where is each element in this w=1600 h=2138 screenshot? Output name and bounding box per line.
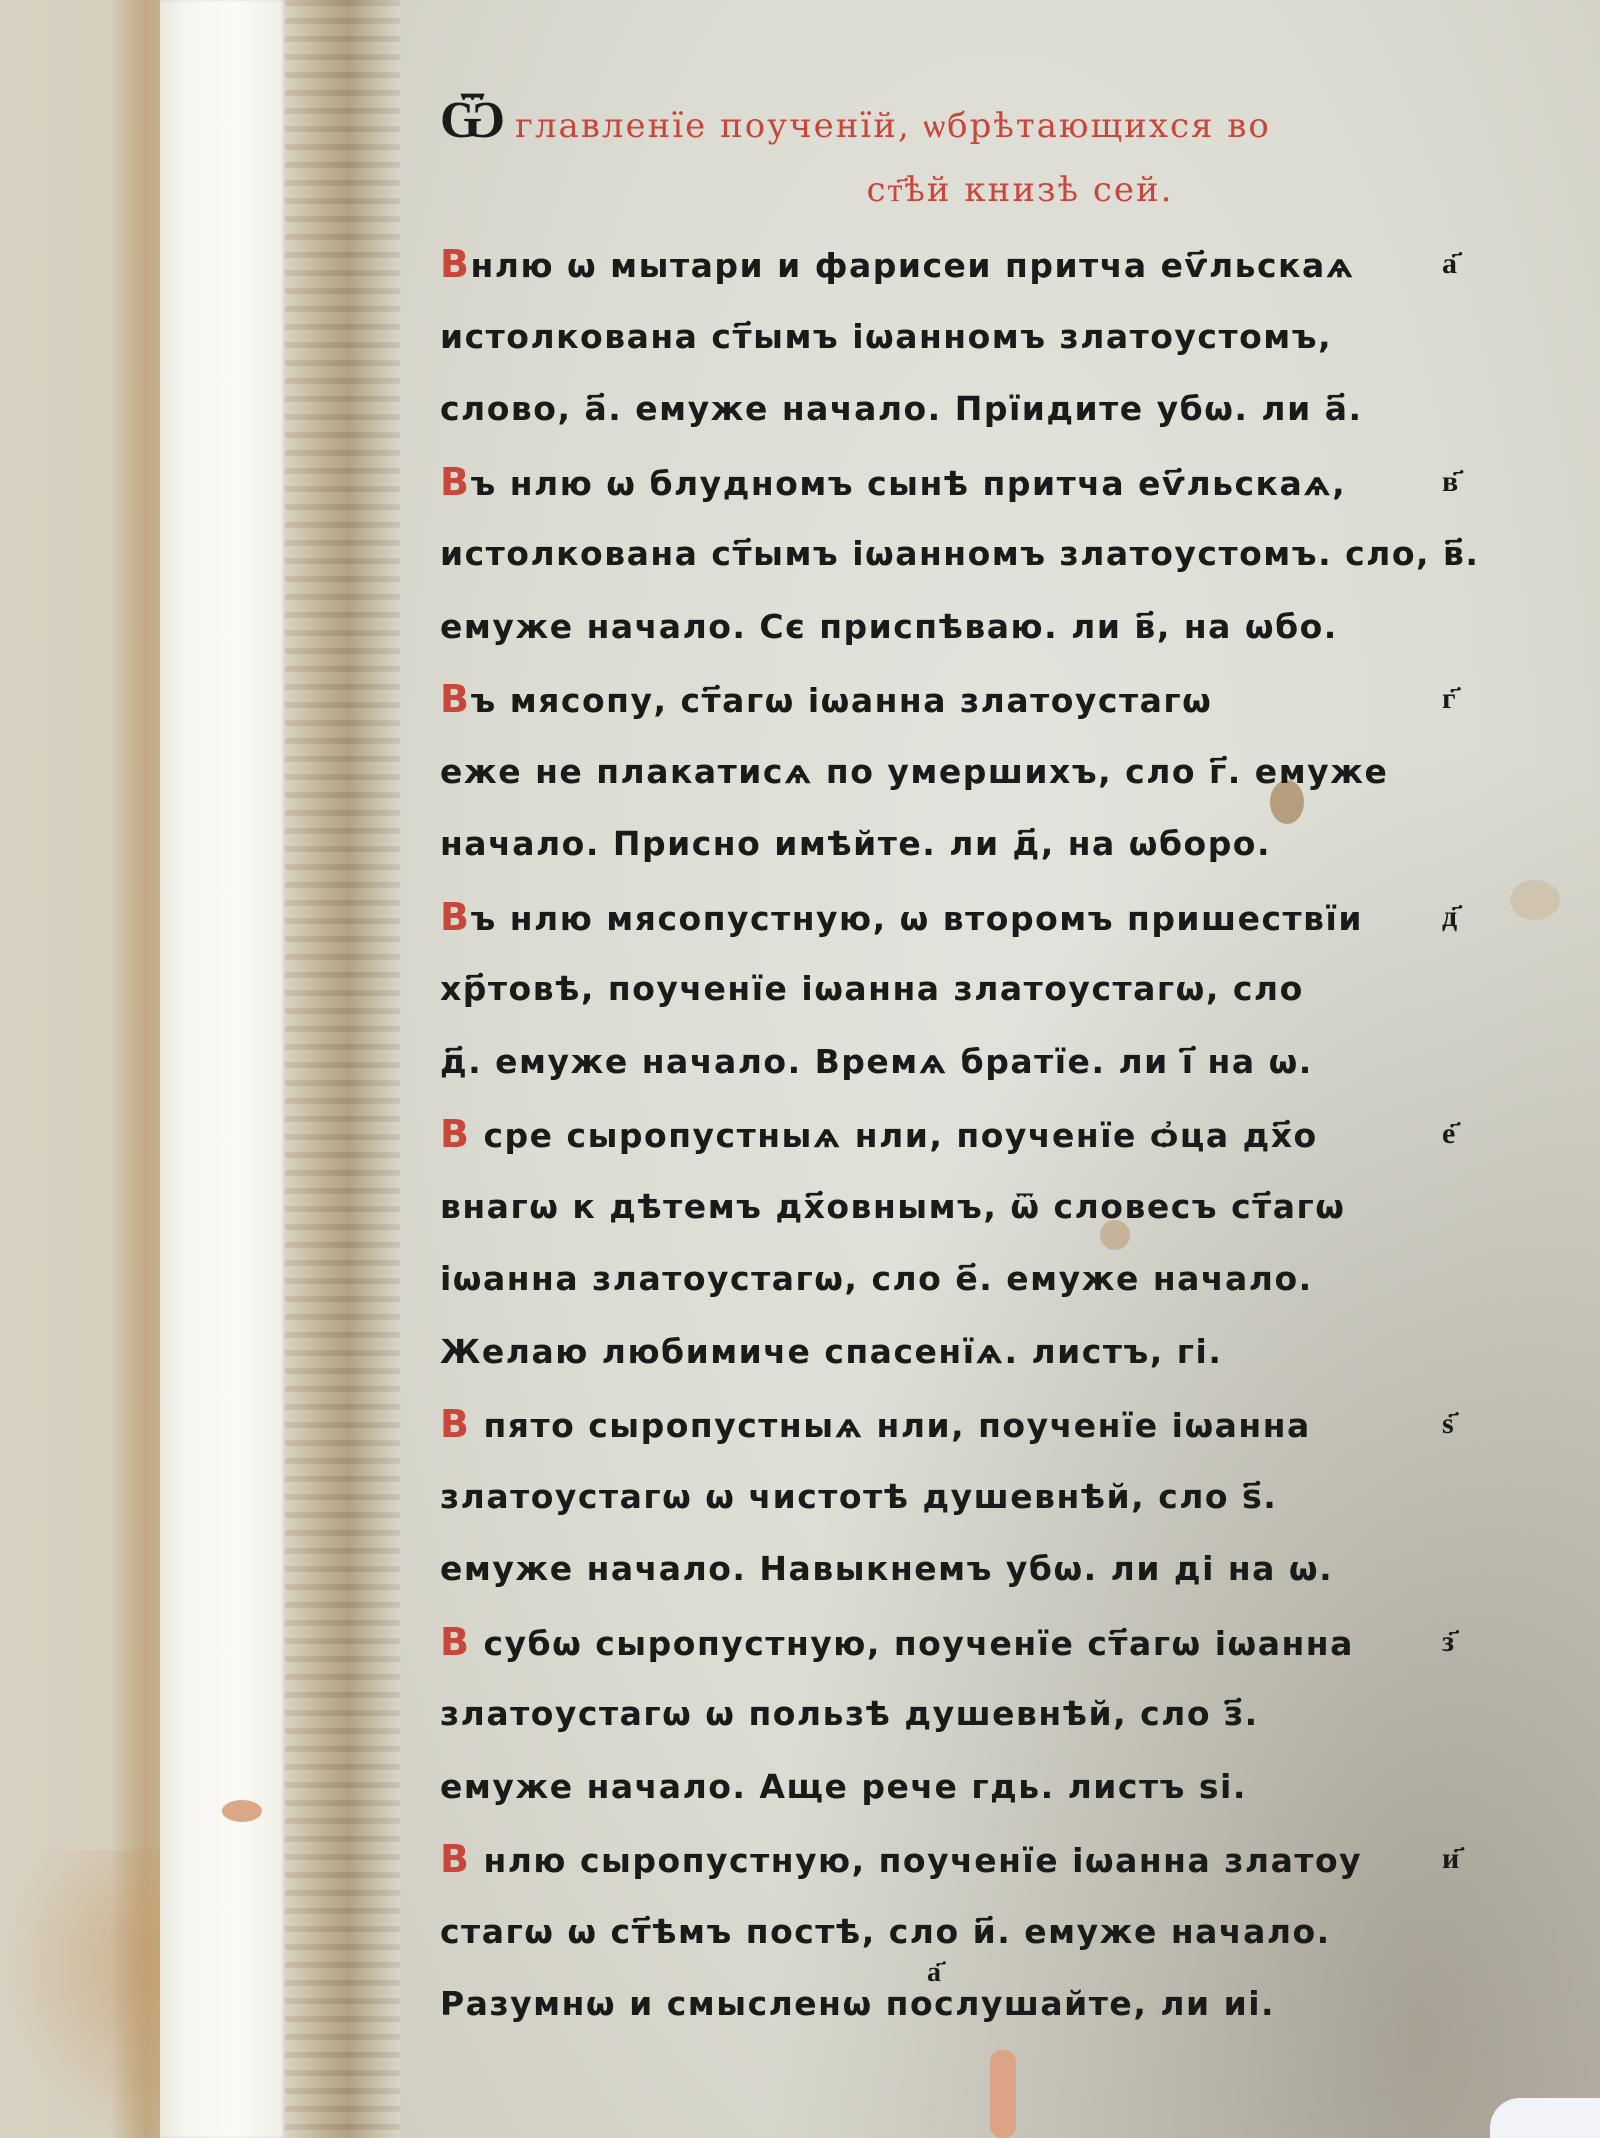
red-initial: В (440, 895, 470, 939)
repair-strip-stain (222, 1800, 262, 1822)
red-initial: В (440, 460, 470, 504)
margin-numeral: а҃ (1442, 228, 1459, 301)
margin-numeral: г҃ (1442, 663, 1457, 736)
red-initial: В (440, 677, 470, 721)
margin-numeral: з҃ (1442, 1606, 1456, 1679)
contents-entries: Внлю ѡ мытари и фарисеи притча еѵ҃льскаѧ… (440, 228, 1440, 2041)
text-line: истолкована ст҃ымъ іѡанномъ златоустомъ, (440, 301, 1440, 374)
margin-numeral: и҃ (1442, 1823, 1461, 1896)
text-line: истолкована ст҃ымъ іѡанномъ златоустомъ.… (440, 518, 1440, 591)
margin-numeral: в҃ (1442, 446, 1460, 519)
red-initial: В (440, 1837, 470, 1881)
red-initial: В (440, 1620, 470, 1664)
binding-gutter (285, 0, 400, 2138)
signature-mark: а҃ (927, 1955, 941, 1989)
margin-numeral: е҃ (1442, 1098, 1457, 1171)
text-line: хр҃товѣ, поученїе іѡанна златоустагѡ, сл… (440, 953, 1440, 1026)
text-line: емуже начало. Сє приспѣваю. ли в҃, на ѡб… (440, 591, 1440, 664)
heading-line-2: ст҃ѣй книзѣ сей. (440, 158, 1440, 222)
text-line: внагѡ к дѣтемъ дх҃овнымъ, ѿ словесъ ст҃а… (440, 1171, 1440, 1244)
text-line: д҃. емуже начало. Времѧ братїе. ли і҃ на… (440, 1026, 1440, 1099)
paper-repair-strip (160, 0, 285, 2138)
text-line: В пято сыропустныѧ нли, поученїе іѡаннаѕ… (440, 1388, 1440, 1461)
text-line: слово, а҃. емуже начало. Прїидите убѡ. л… (440, 373, 1440, 446)
margin-numeral: ѕ҃ (1442, 1388, 1455, 1461)
text-line: іѡанна златоустагѡ, сло е҃. емуже начало… (440, 1243, 1440, 1316)
text-line: златоустагѡ ѡ пользѣ душевнѣй, сло з҃. (440, 1678, 1440, 1751)
wax-stain (990, 2050, 1016, 2138)
text-line: Въ мясопу, ст҃агѡ іѡанна златоустагѡг҃ (440, 663, 1440, 736)
text-line: емуже начало. Аще рече гдь. листъ ѕі. (440, 1751, 1440, 1824)
text-line: емуже начало. Навыкнемъ убѡ. ли ді на ѡ. (440, 1533, 1440, 1606)
text-line: В субѡ сыропустную, поученїе ст҃агѡ іѡан… (440, 1606, 1440, 1679)
heading-line-1: главленїе поученїй, ѡбрѣтающихся во (515, 106, 1271, 146)
printed-page: Ѿглавленїе поученїй, ѡбрѣтающихся во ст҃… (400, 0, 1600, 2138)
text-line: Въ нлю мясопустную, ѡ второмъ пришествїи… (440, 881, 1440, 954)
heading-initial: Ѿ (440, 89, 507, 150)
foxing-spot (1510, 880, 1560, 920)
text-line: Въ нлю ѡ блудномъ сынѣ притча еѵ҃льскаѧ,… (440, 446, 1440, 519)
table-of-contents: Ѿглавленїе поученїй, ѡбрѣтающихся во ст҃… (440, 88, 1440, 2041)
page-heading: Ѿглавленїе поученїй, ѡбрѣтающихся во ст҃… (440, 88, 1440, 222)
text-line: В нлю сыропустную, поученїе іѡанна злато… (440, 1823, 1440, 1896)
text-line: златоустагѡ ѡ чистотѣ душевнѣй, сло ѕ҃. (440, 1461, 1440, 1534)
red-initial: В (440, 1402, 470, 1446)
red-initial: В (440, 1112, 470, 1156)
text-line: В сре сыропустныѧ нли, поученїе ѻ҆ца дх҃… (440, 1098, 1440, 1171)
text-line: Внлю ѡ мытари и фарисеи притча еѵ҃льскаѧ… (440, 228, 1440, 301)
red-initial: В (440, 242, 470, 286)
margin-numeral: д҃ (1442, 881, 1459, 954)
text-line: Желаю любимиче спасенїѧ. листъ, гі. (440, 1316, 1440, 1389)
text-line: еже не плакатисѧ по умершихъ, сло г҃. ем… (440, 736, 1440, 809)
underlying-sheet-corner (1490, 2098, 1600, 2138)
text-line: начало. Присно имѣйте. ли д҃, на ѡборо. (440, 808, 1440, 881)
